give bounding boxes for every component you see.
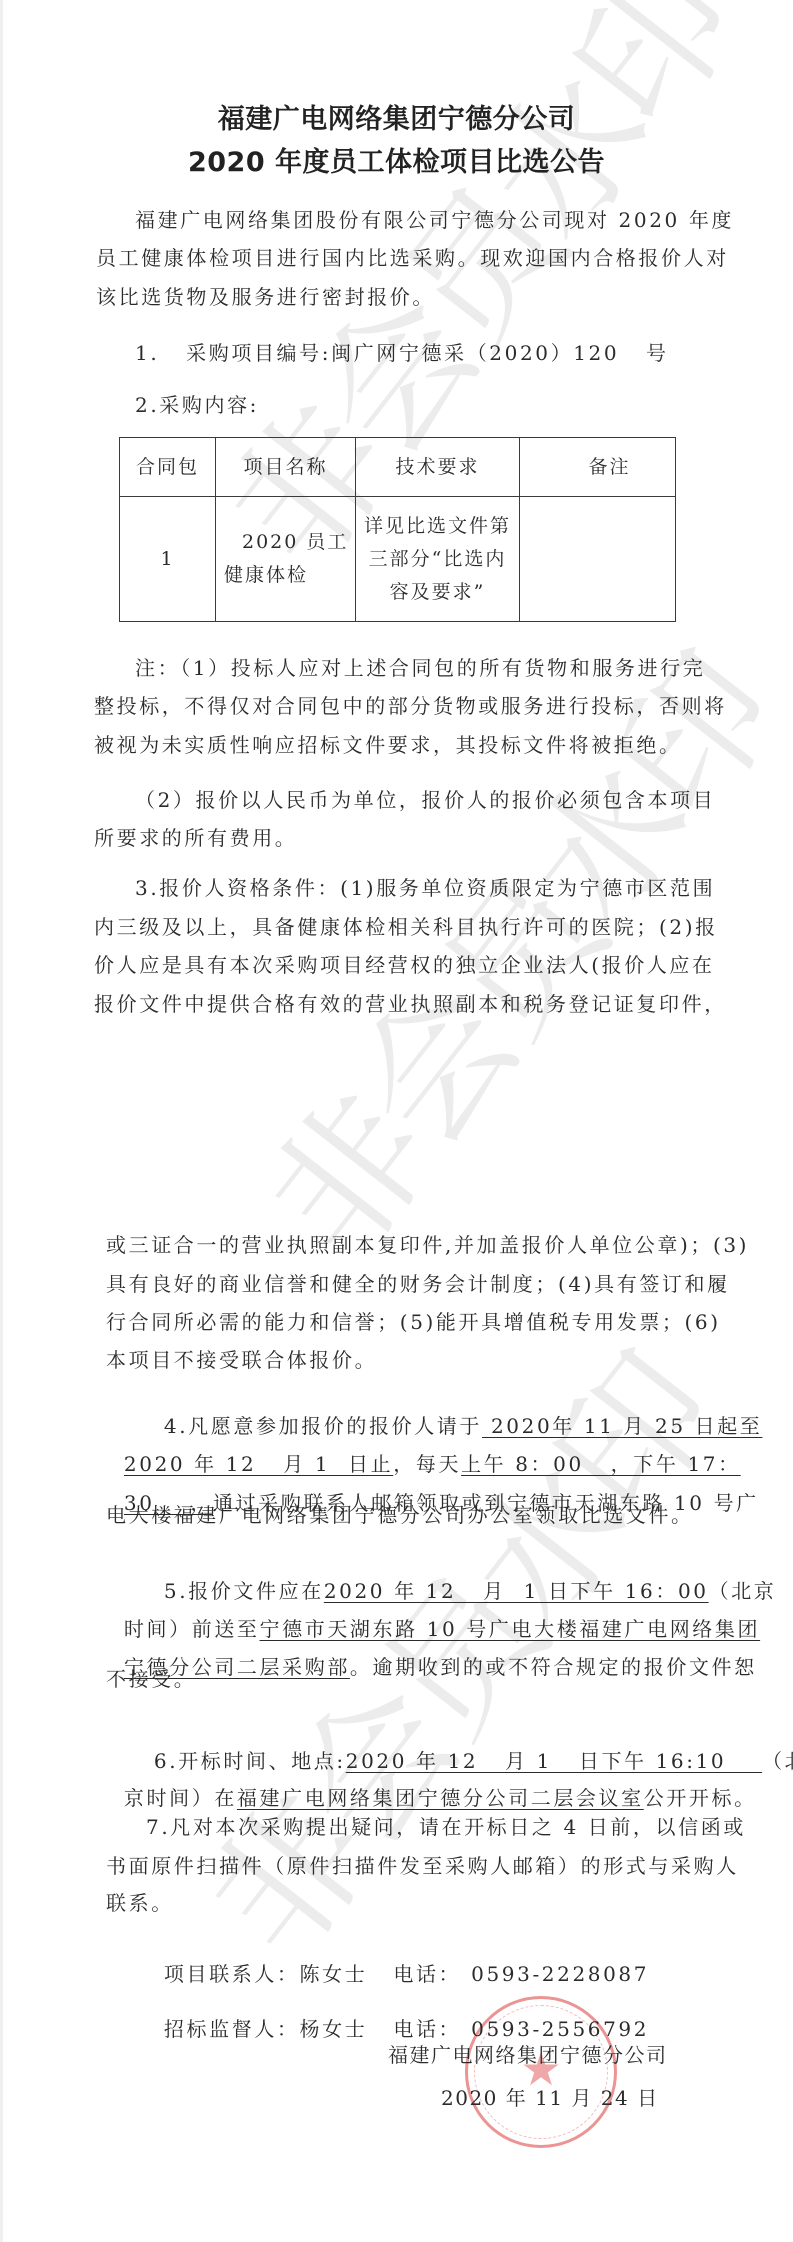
page-edge [0, 0, 3, 2242]
item-3-line-1: 3.报价人资格条件：(1)服务单位资质限定为宁德市区范围 [135, 875, 715, 901]
item-3-cont-line-1: 或三证合一的营业执照副本复印件,并加盖报价人单位公章)；(3) [106, 1232, 749, 1258]
contact-project-role: 项目联系人： [164, 1962, 300, 1986]
contact-supervisor-role: 招标监督人： [164, 2017, 300, 2041]
procurement-table: 合同包 项目名称 技术要求 备注 1 2020 员工 健康体检 详见比选文件第 … [119, 437, 676, 622]
table-row: 1 2020 员工 健康体检 详见比选文件第 三部分“比选内 容及要求” [120, 497, 676, 622]
header-remarks: 备注 [520, 438, 676, 497]
item-6-line-2: 京时间）在福建广电网络集团宁德分公司二层会议室公开开标。 [106, 1759, 757, 1811]
contact-project-phone: 0593-2228087 [471, 1962, 649, 1986]
intro-line-3: 该比选货物及服务进行密封报价。 [96, 284, 435, 310]
cell-project-name-line-1: 2020 员工 [224, 526, 355, 559]
item-1-project-number: 1. 采购项目编号:闽广网宁德采（2020）120 号 [135, 340, 669, 366]
contact-project-phone-label: 电话： [393, 1962, 461, 1986]
title-line-1: 福建广电网络集团宁德分公司 [0, 102, 793, 138]
signature-org: 福建广电网络集团宁德分公司 [388, 2042, 668, 2068]
cell-technical-requirements: 详见比选文件第 三部分“比选内 容及要求” [356, 497, 520, 622]
item-6-public: 公开开标。 [644, 1786, 757, 1810]
item-3-line-2: 内三级及以上，具备健康体检相关科目执行许可的医院；(2)报 [94, 914, 718, 940]
contact-supervisor-phone-label: 电话： [393, 2017, 461, 2041]
item-3-cont-line-2: 具有良好的商业信誉和健全的财务会计制度；(4)具有签订和履 [106, 1271, 730, 1297]
note-1-line-3: 被视为未实质性响应招标文件要求，其投标文件将被拒绝。 [94, 732, 682, 758]
item-7-line-3: 联系。 [106, 1890, 174, 1916]
item-7-line-2: 书面原件扫描件（原件扫描件发至采购人邮箱）的形式与采购人 [106, 1853, 739, 1879]
contact-supervisor-phone: 0593-2556792 [471, 2017, 649, 2041]
item-3-cont-line-3: 行合同所必需的能力和信誉；(5)能开具增值税专用发票；(6) [106, 1309, 721, 1335]
note-1-line-2: 整投标，不得仅对合同包中的部分货物或服务进行投标，否则将 [94, 693, 727, 719]
intro-line-1: 福建广电网络集团股份有限公司宁德分公司现对 2020 年度 [135, 207, 734, 233]
note-1-line-1: 注：（1）投标人应对上述合同包的所有货物和服务进行完 [135, 655, 705, 681]
note-2-line-2: 所要求的所有费用。 [94, 825, 297, 851]
contact-project-name: 陈女士 [300, 1962, 368, 1986]
cell-req-line-1: 详见比选文件第 [356, 510, 519, 543]
item-5-late-text: 。逾期收到的或不符合规定的报价文件恕 [350, 1655, 757, 1679]
cell-req-line-2: 三部分“比选内 [356, 543, 519, 576]
item-6-beijing: （北 [762, 1749, 793, 1773]
table-header-row: 合同包 项目名称 技术要求 备注 [120, 438, 676, 497]
cell-project-name: 2020 员工 健康体检 [216, 497, 356, 622]
item-3-line-3: 价人应是具有本次采购项目经营权的独立企业法人(报价人应在 [94, 952, 715, 978]
contact-supervisor-name: 杨女士 [300, 2017, 368, 2041]
note-2-line-1: （2）报价以人民币为单位，报价人的报价必须包含本项目 [135, 787, 715, 813]
item-6-time-text: 京时间）在 [124, 1786, 237, 1810]
contact-project: 项目联系人：陈女士电话：0593-2228087 [146, 1935, 649, 1987]
contact-supervisor: 招标监督人：杨女士电话：0593-2556792 [146, 1990, 649, 2042]
item-3-cont-line-4: 本项目不接受联合体报价。 [106, 1347, 377, 1373]
item-3-line-4: 报价文件中提供合格有效的营业执照副本和税务登记证复印件， [94, 991, 727, 1017]
item-4-line-4: 电大楼福建广电网络集团宁德分公司办公室领取比选文件。 [106, 1502, 694, 1528]
header-contract-package: 合同包 [120, 438, 216, 497]
cell-project-name-line-2: 健康体检 [224, 559, 355, 592]
item-2-procurement-content: 2.采购内容: [135, 392, 259, 418]
cell-remarks [520, 497, 676, 622]
title-line-2: 2020 年度员工体检项目比选公告 [0, 145, 793, 181]
item-6-location: 福建广电网络集团宁德分公司二层会议室 [237, 1786, 644, 1810]
item-5-line-3: 宁德分公司二层采购部。逾期收到的或不符合规定的报价文件恕 [106, 1628, 757, 1680]
item-7-line-1: 7.凡对本次采购提出疑问，请在开标日之 4 日前，以信函或 [146, 1814, 746, 1840]
header-project-name: 项目名称 [216, 438, 356, 497]
intro-line-2: 员工健康体检项目进行国内比选采购。现欢迎国内合格报价人对 [96, 245, 729, 271]
cell-package: 1 [120, 497, 216, 622]
cell-req-line-3: 容及要求” [356, 576, 519, 609]
signature-date: 2020 年 11 月 24 日 [441, 2085, 659, 2111]
header-technical-requirements: 技术要求 [356, 438, 520, 497]
item-5-line-4: 不接受。 [106, 1666, 196, 1692]
